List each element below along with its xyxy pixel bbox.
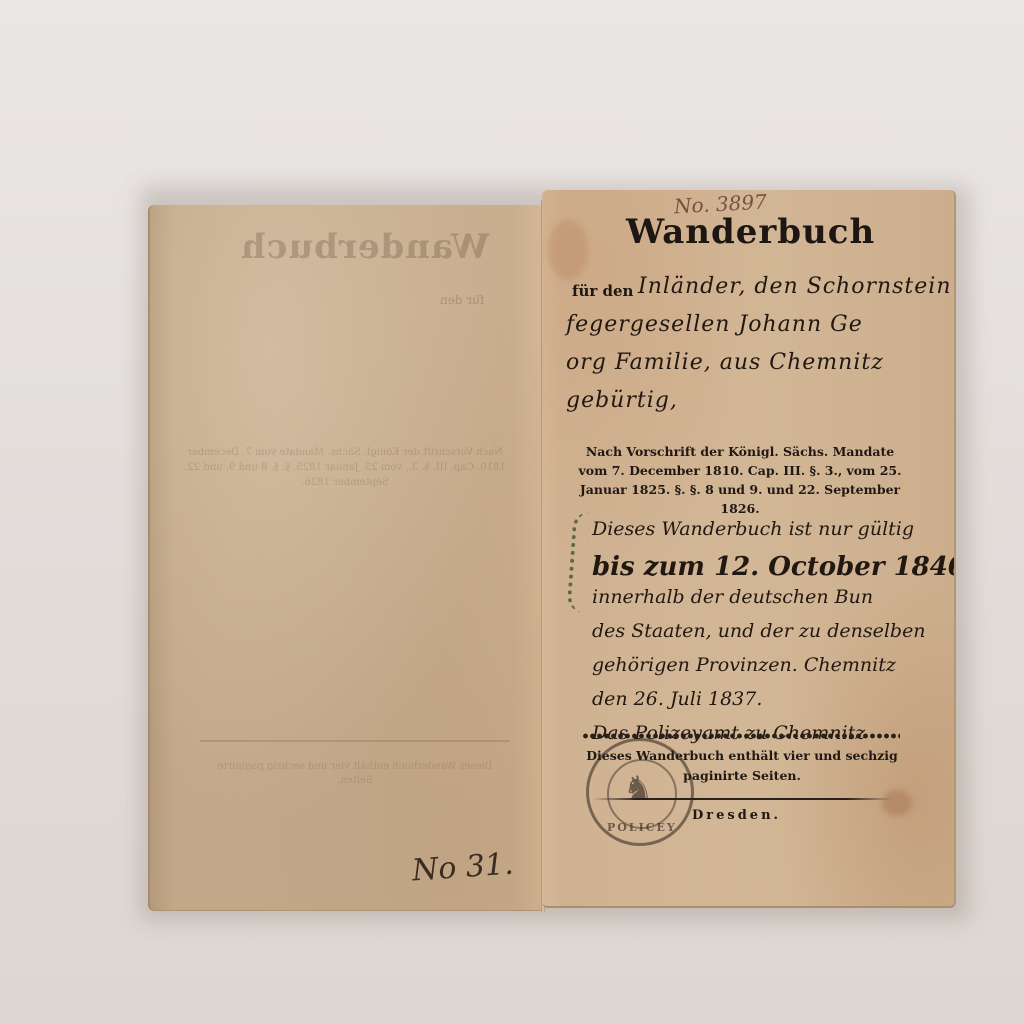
stain <box>882 790 912 816</box>
stamp-text: POLICEY <box>607 821 677 834</box>
validity-note: Dieses Wanderbuch ist nur gültig bis zum… <box>592 518 952 756</box>
ghost-subtitle: für den <box>440 293 484 307</box>
handwritten-number: No 31. <box>411 847 515 889</box>
issue-date: den 26. Juli 1837. <box>592 688 952 722</box>
ghost-paragraph: Nach Vorschrift der Königl. Sächs. Manda… <box>180 445 510 490</box>
right-page: No. 3897 Wanderbuch für den Inländer, de… <box>542 190 956 908</box>
place-of-print: Dresden. <box>692 808 781 823</box>
binding-thread <box>567 512 590 613</box>
handwritten-line: Inländer, den Schornstein <box>566 274 946 312</box>
holder-description: Inländer, den Schornstein fegergesellen … <box>566 274 946 426</box>
ghost-title: Wanderbuch <box>240 227 489 267</box>
handwritten-line: fegergesellen Johann Ge <box>566 312 946 350</box>
horse-emblem-icon: ♞ <box>623 769 653 809</box>
mandate-paragraph: Nach Vorschrift der Königl. Sächs. Manda… <box>570 442 910 518</box>
handwritten-line: gehörigen Provinzen. Chemnitz <box>592 654 952 688</box>
handwritten-line: des Staaten, und der zu denselben <box>592 620 952 654</box>
handwritten-line: innerhalb der deutschen Bun <box>592 586 952 620</box>
handwritten-line: org Familie, aus Chemnitz <box>566 350 946 388</box>
ghost-rule <box>200 740 510 742</box>
validity-date: bis zum 12. October 1840. <box>592 552 952 586</box>
handwritten-line: gebürtig, <box>566 388 946 426</box>
handwritten-line: Dieses Wanderbuch ist nur gültig <box>592 518 952 552</box>
page-title: Wanderbuch <box>626 212 875 252</box>
stain <box>548 220 588 280</box>
police-stamp: ♞ POLICEY <box>586 738 694 846</box>
left-page: Wanderbuch für den Nach Vorschrift der K… <box>148 205 544 911</box>
ghost-paragraph-2: Dieses Wanderbuch enthält vier und sechz… <box>210 760 500 788</box>
